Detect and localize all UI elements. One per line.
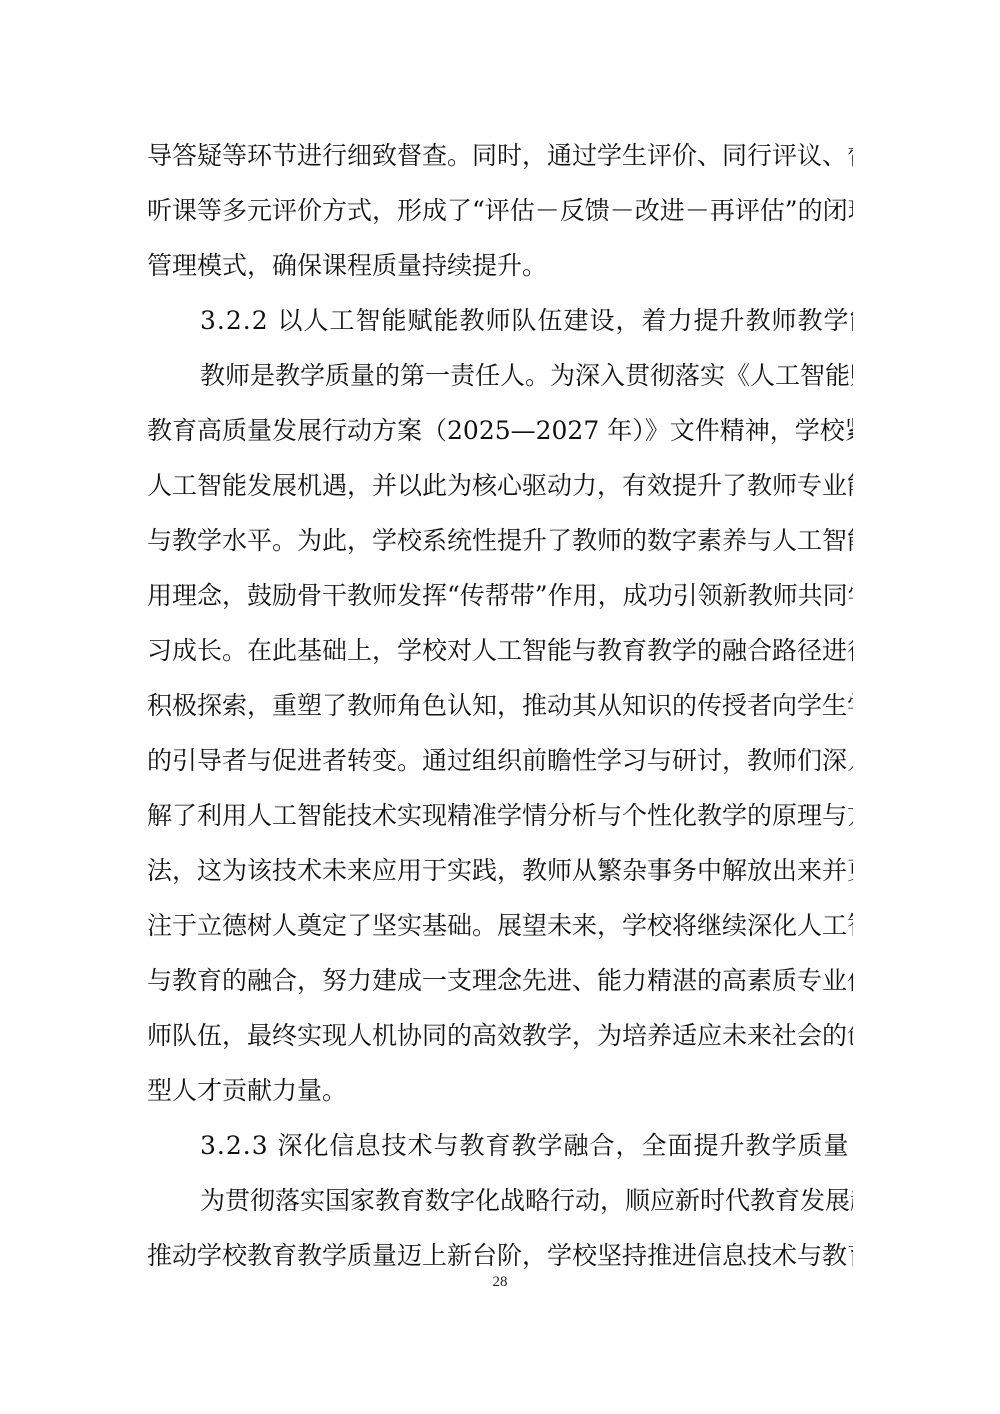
paragraph-line: 听课等多元评价方式，形成了“评估－反馈－改进－再评估”的闭环 xyxy=(147,183,853,238)
paragraph-line: 与教育的融合，努力建成一支理念先进、能力精湛的高素质专业化教 xyxy=(147,953,853,1008)
section-heading-3-2-3: 3.2.3 深化信息技术与教育教学融合，全面提升教学质量 xyxy=(147,1118,853,1173)
document-page: 导答疑等环节进行细致督查。同时，通过学生评价、同行评议、督导 听课等多元评价方式… xyxy=(147,128,853,1283)
paragraph-line: 法，这为该技术未来应用于实践，教师从繁杂事务中解放出来并更专 xyxy=(147,843,853,898)
paragraph-line: 与教学水平。为此，学校系统性提升了教师的数字素养与人工智能应 xyxy=(147,513,853,568)
paragraph-line: 导答疑等环节进行细致督查。同时，通过学生评价、同行评议、督导 xyxy=(147,128,853,183)
paragraph-line: 师队伍，最终实现人机协同的高效教学，为培养适应未来社会的创新 xyxy=(147,1008,853,1063)
paragraph-line: 积极探索，重塑了教师角色认知，推动其从知识的传授者向学生学习 xyxy=(147,678,853,733)
paragraph-line: 习成长。在此基础上，学校对人工智能与教育教学的融合路径进行了 xyxy=(147,623,853,678)
paragraph-line: 人工智能发展机遇，并以此为核心驱动力，有效提升了教师专业能力 xyxy=(147,458,853,513)
paragraph-line: 管理模式，确保课程质量持续提升。 xyxy=(147,238,853,293)
paragraph-line: 教育高质量发展行动方案（2025—2027 年）》文件精神，学校紧抓 xyxy=(147,403,853,458)
section-heading-3-2-2: 3.2.2 以人工智能赋能教师队伍建设，着力提升教师教学能力 xyxy=(147,293,853,348)
paragraph-line: 解了利用人工智能技术实现精准学情分析与个性化教学的原理与方 xyxy=(147,788,853,843)
paragraph-line: 注于立德树人奠定了坚实基础。展望未来，学校将继续深化人工智能 xyxy=(147,898,853,953)
paragraph-line: 为贯彻落实国家教育数字化战略行动，顺应新时代教育发展趋势， xyxy=(147,1173,853,1228)
paragraph-line: 型人才贡献力量。 xyxy=(147,1063,853,1118)
page-number: 28 xyxy=(0,1274,1000,1291)
paragraph-line: 教师是教学质量的第一责任人。为深入贯彻落实《人工智能赋能 xyxy=(147,348,853,403)
paragraph-line: 的引导者与促进者转变。通过组织前瞻性学习与研讨，教师们深入理 xyxy=(147,733,853,788)
paragraph-line: 用理念，鼓励骨干教师发挥“传帮带”作用，成功引领新教师共同学 xyxy=(147,568,853,623)
